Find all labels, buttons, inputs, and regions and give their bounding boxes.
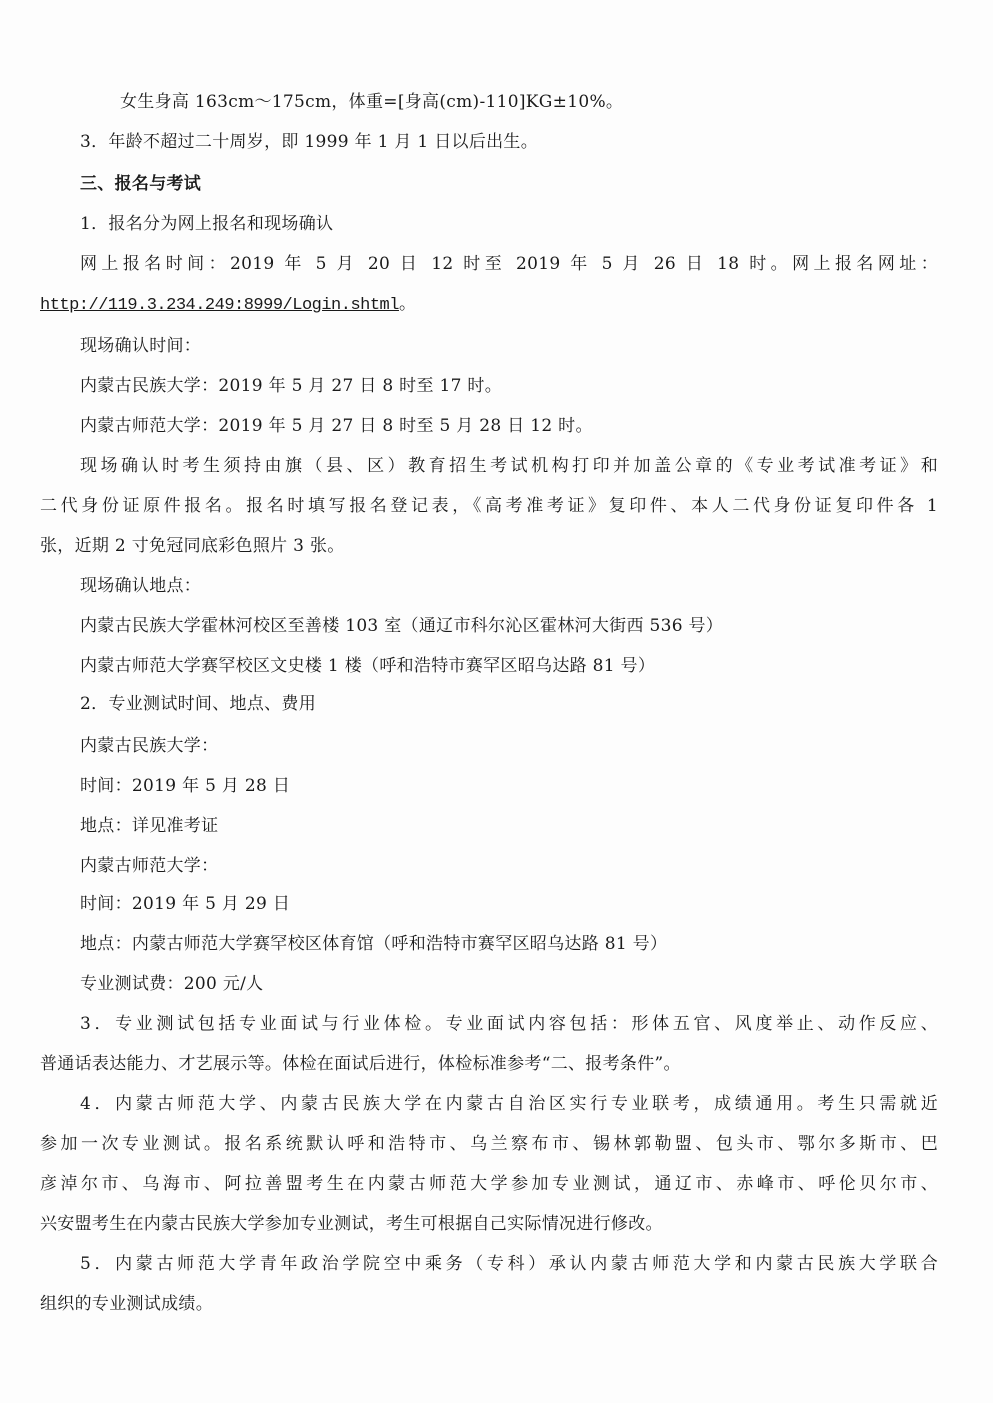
body-text-test-fee: 专业测试费：200 元/人	[80, 972, 980, 996]
body-text-imnu-onsite-time: 内蒙古师范大学：2019 年 5 月 27 日 8 时至 5 月 28 日 12…	[80, 414, 980, 438]
list-item-test-content-1: 3．专业测试包括专业面试与行业体检。专业面试内容包括：形体五官、风度举止、动作反…	[80, 1012, 938, 1036]
list-item-registration-method: 1．报名分为网上报名和现场确认	[80, 212, 980, 236]
section-heading-registration: 三、报名与考试	[80, 172, 980, 196]
body-text-onsite-time-label: 现场确认时间：	[80, 334, 980, 358]
body-text-height-weight: 女生身高 163cm～175cm，体重=[身高(cm)-110]KG±10%。	[120, 90, 993, 114]
document-page: 女生身高 163cm～175cm，体重=[身高(cm)-110]KG±10%。 …	[0, 0, 993, 1403]
body-text-imun-test-time: 时间：2019 年 5 月 28 日	[80, 774, 980, 798]
list-item-recognition-2: 组织的专业测试成绩。	[40, 1292, 940, 1316]
body-text-imun-label: 内蒙古民族大学：	[80, 734, 980, 758]
body-text-documents-1: 现场确认时考生须持由旗（县、区）教育招生考试机构打印并加盖公章的《专业考试准考证…	[80, 454, 938, 478]
body-text-online-time: 网上报名时间：2019 年 5 月 20 日 12 时至 2019 年 5 月 …	[80, 252, 938, 276]
body-text-onsite-location-label: 现场确认地点：	[80, 574, 980, 598]
list-item-test-info: 2．专业测试时间、地点、费用	[80, 692, 980, 716]
registration-url-line: http://119.3.234.249:8999/Login.shtml。	[40, 292, 940, 318]
body-text-imnu-test-location: 地点：内蒙古师范大学赛罕校区体育馆（呼和浩特市赛罕区昭乌达路 81 号）	[80, 932, 980, 956]
body-text-documents-2: 二代身份证原件报名。报名时填写报名登记表，《高考准考证》复印件、本人二代身份证复…	[40, 494, 938, 518]
list-item-test-content-2: 普通话表达能力、才艺展示等。体检在面试后进行，体检标准参考“二、报考条件”。	[40, 1052, 940, 1076]
body-text-imun-location: 内蒙古民族大学霍林河校区至善楼 103 室（通辽市科尔沁区霍林河大街西 536 …	[80, 614, 980, 638]
list-item-joint-exam-3: 彦淖尔市、乌海市、阿拉善盟考生在内蒙古师范大学参加专业测试，通辽市、赤峰市、呼伦…	[40, 1172, 938, 1196]
body-text-documents-3: 张，近期 2 寸免冠同底彩色照片 3 张。	[40, 534, 940, 558]
list-item-recognition-1: 5．内蒙古师范大学青年政治学院空中乘务（专科）承认内蒙古师范大学和内蒙古民族大学…	[80, 1252, 938, 1276]
body-text-imnu-test-time: 时间：2019 年 5 月 29 日	[80, 892, 980, 916]
body-text-imun-onsite-time: 内蒙古民族大学：2019 年 5 月 27 日 8 时至 17 时。	[80, 374, 980, 398]
list-item-joint-exam-4: 兴安盟考生在内蒙古民族大学参加专业测试，考生可根据自己实际情况进行修改。	[40, 1212, 940, 1236]
body-text-imun-test-location: 地点：详见准考证	[80, 814, 980, 838]
registration-url-link[interactable]: http://119.3.234.249:8999/Login.shtml	[40, 296, 399, 315]
body-text-imnu-location: 内蒙古师范大学赛罕校区文史楼 1 楼（呼和浩特市赛罕区昭乌达路 81 号）	[80, 654, 980, 678]
body-text-imnu-label: 内蒙古师范大学：	[80, 854, 980, 878]
list-item-joint-exam-1: 4．内蒙古师范大学、内蒙古民族大学在内蒙古自治区实行专业联考，成绩通用。考生只需…	[80, 1092, 938, 1116]
list-item-age: 3．年龄不超过二十周岁，即 1999 年 1 月 1 日以后出生。	[80, 130, 980, 154]
list-item-joint-exam-2: 参加一次专业测试。报名系统默认呼和浩特市、乌兰察布市、锡林郭勒盟、包头市、鄂尔多…	[40, 1132, 938, 1156]
